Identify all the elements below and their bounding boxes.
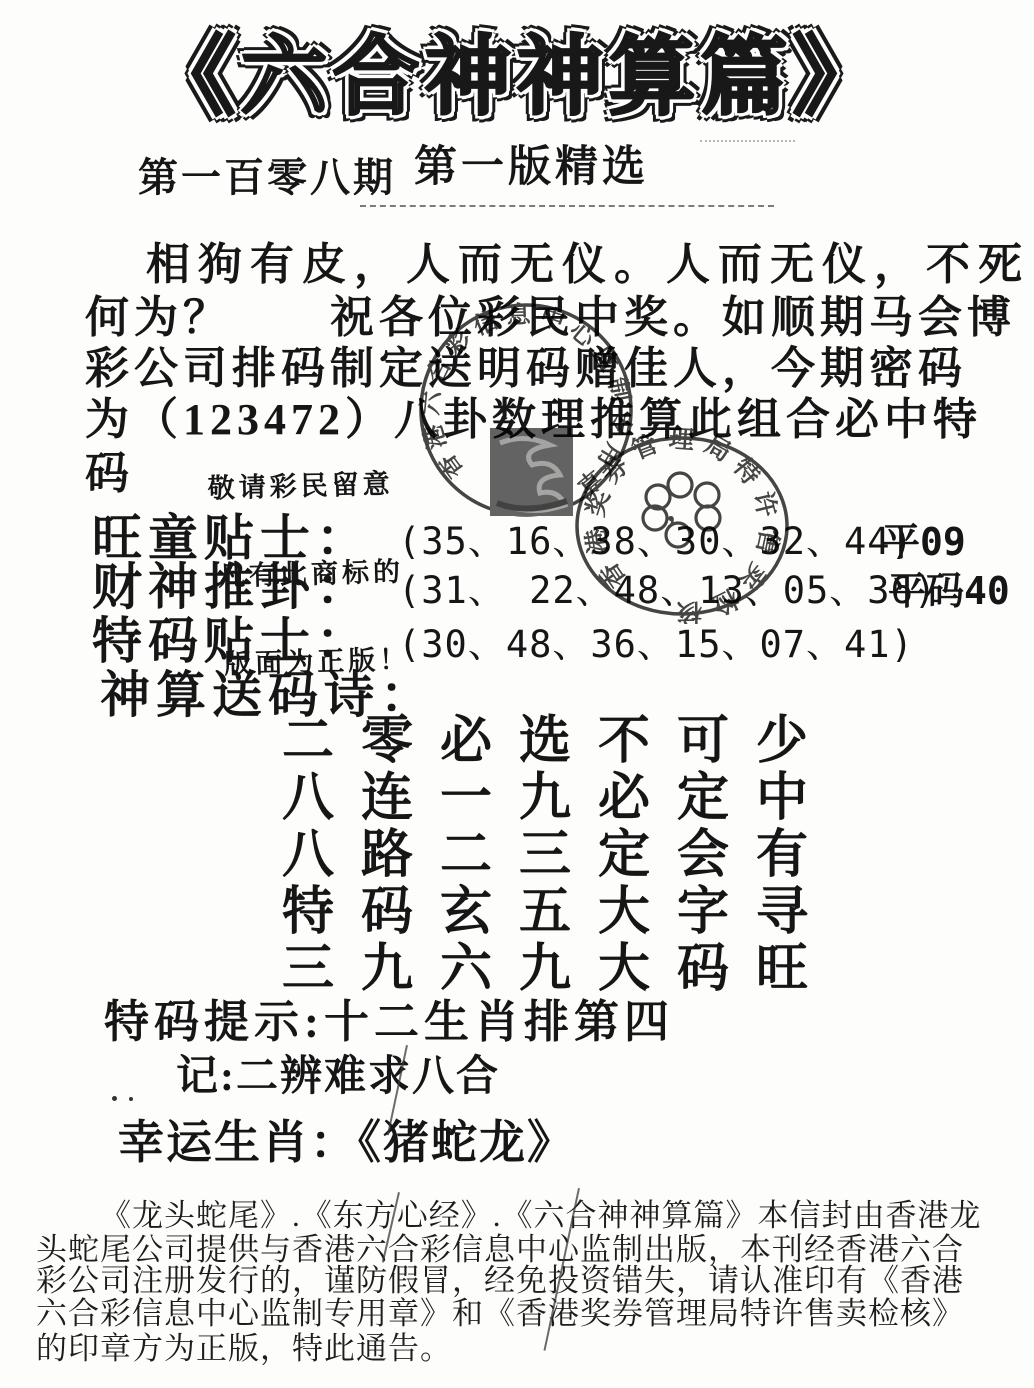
intro-line-1: 相狗有皮，人而无仪。人而无仪，不死	[146, 243, 1030, 287]
scan-dot	[112, 1096, 117, 1101]
authenticity-note-line: 敬请彩民留意	[207, 467, 406, 506]
tip-label: 财神推卦：	[92, 562, 372, 612]
footer-line: 六合彩信息中心监制专用章》和《香港奖券管理局特许售卖检核》	[36, 1298, 964, 1329]
footer-line: 《龙头蛇尾》.《东方心经》.《六合神神算篇》本信封由香港龙	[100, 1200, 982, 1231]
tip-suffix: 平09	[882, 523, 966, 561]
coin-circle	[696, 506, 720, 530]
stamp-comma: ，	[666, 491, 698, 528]
coin-circle	[695, 483, 719, 507]
tip-row: 特码贴士： (30、48、36、15、07、41)	[92, 616, 1032, 670]
stamp-logo-square	[490, 428, 573, 516]
poem-line: 二零必选不可少	[282, 716, 835, 768]
scan-dot	[129, 1097, 133, 1101]
special-hint: 特码提示:十二生肖排第四	[104, 1000, 674, 1045]
scan-artifact-dash	[700, 140, 795, 142]
lucky-zodiac-line: 幸运生肖：《猪蛇龙》	[118, 1120, 575, 1166]
memo-line: 记:二辨难求八合	[176, 1056, 500, 1098]
tip-label: 旺童贴士：	[92, 513, 372, 563]
tip-suffix: 平码40	[888, 572, 1010, 610]
footer-line: 彩公司注册发行的，谨防假冒，经免投资错失，请认准印有《香港	[36, 1265, 964, 1296]
issue-number: 第一百零八期	[138, 158, 396, 198]
scanned-lottery-sheet: 《六合神神算篇》 第一百零八期 第一版精选 相狗有皮，人而无仪。人而无仪，不死 …	[0, 0, 1034, 1388]
edition-label: 第一版精选	[414, 146, 649, 189]
tip-row: 财神推卦： (31、 22、48、13、05、36) 平码40	[92, 562, 1032, 616]
poem-line: 八连一九必定中	[282, 773, 835, 825]
intro-line-5: 码	[85, 452, 134, 496]
tip-label: 特码贴士：	[92, 616, 372, 666]
footer-line: 的印章方为正版，特此通告。	[36, 1333, 452, 1364]
lottery-bureau-stamp: 香港奖券管理局特许售卖检核 ，	[566, 428, 798, 624]
poem-line: 特码玄五大字寻	[282, 887, 835, 939]
poem-line: 三九六九大码旺	[282, 944, 835, 996]
footer-line: 头蛇尾公司提供与香港六合彩信息中心监制出版，本刊经香港六合	[36, 1234, 964, 1265]
poem-line: 八路二三定会有	[282, 830, 835, 882]
edition-underline	[360, 205, 774, 207]
page-title: 《六合神神算篇》	[0, 34, 1034, 120]
tip-numbers: (30、48、36、15、07、41)	[398, 626, 914, 663]
